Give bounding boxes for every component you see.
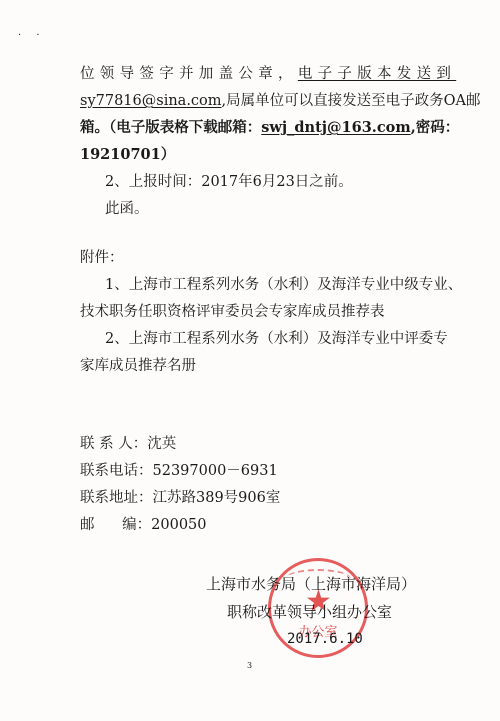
deadline-item: 2、上报时间：2017年6月23日之前。 bbox=[105, 172, 353, 192]
body-line-3: 箱。（电子版表格下载邮箱：swj_dntj@163.com,密码： bbox=[80, 118, 459, 138]
text: 箱。（电子版表格下载邮箱： bbox=[80, 119, 261, 136]
attachment-2-line-1: 2、上海市工程系列水务（水利）及海洋专业中评委专 bbox=[105, 329, 448, 349]
email-link[interactable]: sy77816@sina.com bbox=[80, 93, 222, 109]
page-number: 3 bbox=[247, 661, 252, 670]
contact-address: 联系地址：江苏路389号906室 bbox=[80, 488, 280, 508]
underlined-text: 电子子版本发送到 bbox=[298, 66, 456, 82]
closing-text: 此函。 bbox=[105, 199, 149, 219]
contact-person: 联 系 人：沈英 bbox=[80, 434, 176, 454]
attachments-heading: 附件： bbox=[80, 248, 124, 268]
scan-speck: · · bbox=[18, 30, 46, 41]
document-page: · · 位领导签字并加盖公章，电子子版本发送到 sy77816@sina.com… bbox=[0, 0, 500, 721]
signature-date: 2017.6.10 bbox=[287, 631, 363, 647]
signature-org-line-2: 职称改革领导小组办公室 bbox=[227, 601, 392, 622]
contact-postcode: 邮 编：200050 bbox=[80, 515, 207, 535]
attachment-1-line-2: 技术职务任职资格评审委员会专家库成员推荐表 bbox=[80, 302, 385, 322]
body-line-2: sy77816@sina.com,局属单位可以直接发送至电子政务OA邮 bbox=[80, 91, 481, 111]
download-email-link[interactable]: swj_dntj@163.com bbox=[261, 119, 410, 136]
text: ,密码： bbox=[411, 119, 460, 136]
password-line: 19210701） bbox=[80, 145, 175, 165]
attachment-2-line-2: 家库成员推荐名册 bbox=[80, 356, 196, 376]
text: 位领导签字并加盖公章， bbox=[80, 66, 298, 82]
signature-org-line-1: 上海市水务局（上海市海洋局） bbox=[206, 573, 416, 594]
body-line-1: 位领导签字并加盖公章，电子子版本发送到 bbox=[80, 64, 456, 84]
contact-phone: 联系电话：52397000－6931 bbox=[80, 461, 278, 481]
attachment-1-line-1: 1、上海市工程系列水务（水利）及海洋专业中级专业、 bbox=[105, 275, 462, 295]
text: ,局属单位可以直接发送至电子政务OA邮 bbox=[222, 93, 481, 109]
